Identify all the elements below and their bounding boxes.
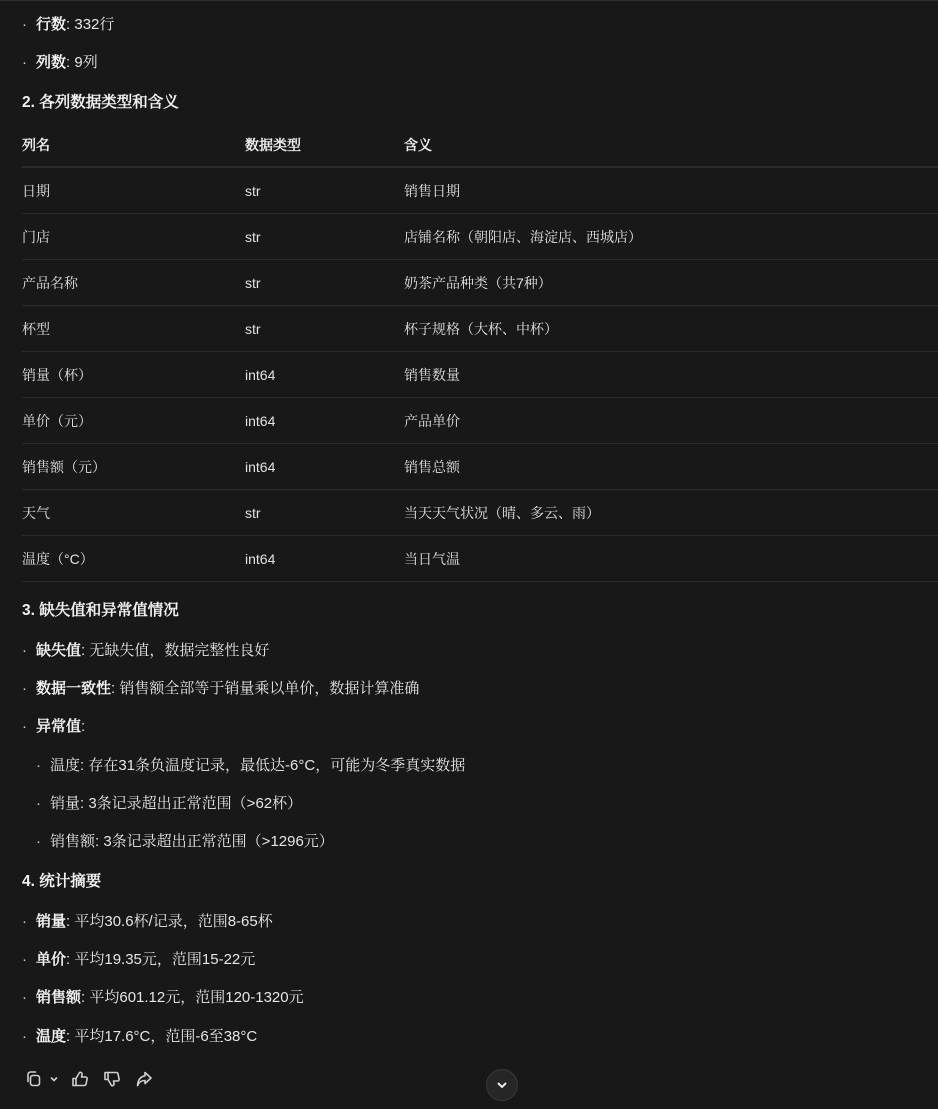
table-cell: 销售数量 bbox=[404, 352, 938, 398]
table-row: 产品名称 str 奶茶产品种类（共7种） bbox=[22, 260, 938, 306]
table-row: 温度（°C） int64 当日气温 bbox=[22, 536, 938, 582]
table-cell: str bbox=[245, 214, 404, 260]
list-item-stat-volume: ·销量: 平均30.6杯/记录，范围8-65杯 bbox=[22, 911, 273, 933]
table-cell: 天气 bbox=[22, 490, 245, 536]
table-cell: int64 bbox=[245, 536, 404, 582]
scroll-to-bottom-button[interactable] bbox=[486, 1069, 518, 1101]
thumbs-down-icon bbox=[103, 1070, 121, 1088]
table-row: 日期 str 销售日期 bbox=[22, 167, 938, 214]
column-types-table: 列名 数据类型 含义 日期 str 销售日期 门店 str 店铺名称（朝阳店、海… bbox=[22, 123, 938, 582]
table-cell: 店铺名称（朝阳店、海淀店、西城店） bbox=[404, 214, 938, 260]
table-cell: 当天天气状况（晴、多云、雨） bbox=[404, 490, 938, 536]
table-cell: 杯型 bbox=[22, 306, 245, 352]
share-icon bbox=[135, 1070, 153, 1088]
table-row: 单价（元） int64 产品单价 bbox=[22, 398, 938, 444]
thumbs-up-icon bbox=[71, 1070, 89, 1088]
table-header-cell: 列名 bbox=[22, 123, 245, 167]
table-cell: 销量（杯） bbox=[22, 352, 245, 398]
arrow-down-icon bbox=[495, 1078, 509, 1092]
table-header-cell: 含义 bbox=[404, 123, 938, 167]
table-row: 杯型 str 杯子规格（大杯、中杯） bbox=[22, 306, 938, 352]
list-item-missing-values: ·缺失值: 无缺失值，数据完整性良好 bbox=[22, 640, 269, 662]
table-cell: int64 bbox=[245, 352, 404, 398]
table-cell: 温度（°C） bbox=[22, 536, 245, 582]
table-header-cell: 数据类型 bbox=[245, 123, 404, 167]
table-cell: str bbox=[245, 260, 404, 306]
table-cell: 销售额（元） bbox=[22, 444, 245, 490]
share-button[interactable] bbox=[132, 1067, 156, 1091]
table-cell: 销售总额 bbox=[404, 444, 938, 490]
table-cell: str bbox=[245, 490, 404, 536]
table-cell: 产品单价 bbox=[404, 398, 938, 444]
table-cell: 产品名称 bbox=[22, 260, 245, 306]
table-cell: 奶茶产品种类（共7种） bbox=[404, 260, 938, 306]
table-row: 销售额（元） int64 销售总额 bbox=[22, 444, 938, 490]
list-item-row-count: ·行数: 332行 bbox=[22, 14, 114, 36]
list-item-stat-amount: ·销售额: 平均601.12元，范围120-1320元 bbox=[22, 987, 304, 1009]
list-item-consistency: ·数据一致性: 销售额全部等于销量乘以单价，数据计算准确 bbox=[22, 678, 419, 700]
sub-list-item-sales-amount: ·销售额: 3条记录超出正常范围（>1296元） bbox=[36, 831, 334, 853]
table-cell: str bbox=[245, 167, 404, 214]
table-cell: int64 bbox=[245, 398, 404, 444]
message-actions bbox=[24, 1067, 156, 1091]
chevron-down-icon bbox=[49, 1074, 59, 1084]
dislike-button[interactable] bbox=[100, 1067, 124, 1091]
list-item-stat-temperature: ·温度: 平均17.6°C，范围-6至38°C bbox=[22, 1026, 257, 1048]
section-heading-statistics: 4. 统计摘要 bbox=[22, 871, 101, 893]
list-item-column-count: ·列数: 9列 bbox=[22, 52, 98, 74]
table-header-row: 列名 数据类型 含义 bbox=[22, 123, 938, 167]
copy-icon bbox=[25, 1070, 43, 1088]
table-cell: str bbox=[245, 306, 404, 352]
table-cell: 日期 bbox=[22, 167, 245, 214]
table-cell: int64 bbox=[245, 444, 404, 490]
section-heading-missing-outliers: 3. 缺失值和异常值情况 bbox=[22, 600, 179, 622]
sub-list-item-temperature: ·温度: 存在31条负温度记录，最低达-6°C，可能为冬季真实数据 bbox=[36, 755, 465, 777]
table-cell: 门店 bbox=[22, 214, 245, 260]
like-button[interactable] bbox=[68, 1067, 92, 1091]
list-item-outliers: ·异常值: bbox=[22, 716, 85, 738]
table-row: 天气 str 当天天气状况（晴、多云、雨） bbox=[22, 490, 938, 536]
copy-options-button[interactable] bbox=[46, 1067, 62, 1091]
section-heading-column-types: 2. 各列数据类型和含义 bbox=[22, 92, 179, 114]
table-row: 销量（杯） int64 销售数量 bbox=[22, 352, 938, 398]
table-cell: 当日气温 bbox=[404, 536, 938, 582]
table-cell: 销售日期 bbox=[404, 167, 938, 214]
sub-list-item-sales-volume: ·销量: 3条记录超出正常范围（>62杯） bbox=[36, 793, 302, 815]
table-cell: 杯子规格（大杯、中杯） bbox=[404, 306, 938, 352]
table-row: 门店 str 店铺名称（朝阳店、海淀店、西城店） bbox=[22, 214, 938, 260]
table-cell: 单价（元） bbox=[22, 398, 245, 444]
list-item-stat-price: ·单价: 平均19.35元，范围15-22元 bbox=[22, 949, 255, 971]
copy-button[interactable] bbox=[24, 1067, 44, 1091]
